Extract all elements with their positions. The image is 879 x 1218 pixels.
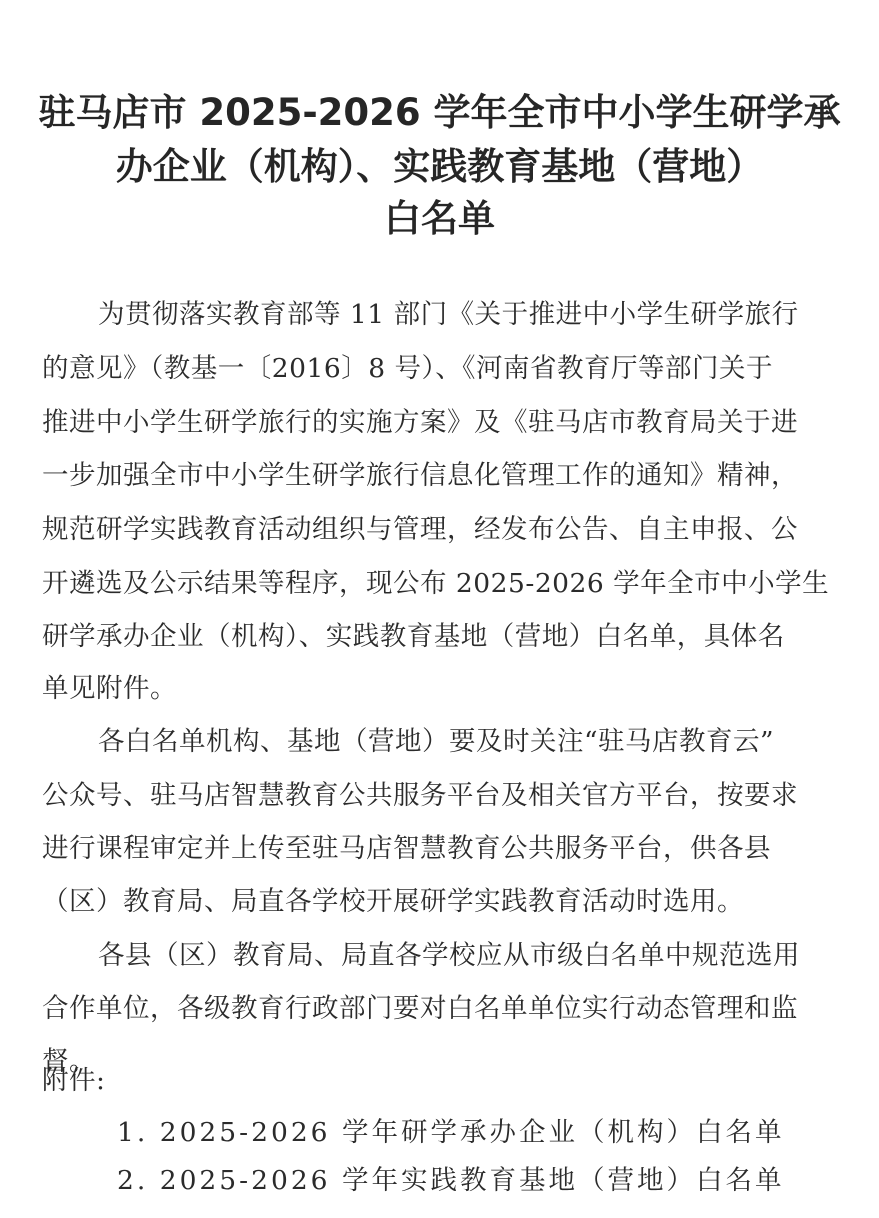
body-line: 各白名单机构、基地（营地）要及时关注“驻马店教育云” xyxy=(98,719,774,758)
body-line: 合作单位，各级教育行政部门要对白名单单位实行动态管理和监 xyxy=(42,986,798,1025)
body-line: 的意见》（教基一〔2016〕8 号）、《河南省教育厅等部门关于 xyxy=(42,346,773,385)
body-line: 进行课程审定并上传至驻马店智慧教育公共服务平台，供各县 xyxy=(42,826,771,865)
body-line: 公众号、驻马店智慧教育公共服务平台及相关官方平台，按要求 xyxy=(42,773,798,812)
title-line-3: 白名单 xyxy=(0,188,879,242)
body-line: 为贯彻落实教育部等 11 部门《关于推进中小学生研学旅行 xyxy=(98,292,799,331)
attachment-item-1: 1. 2025-2026 学年研学承办企业（机构）白名单 xyxy=(117,1110,784,1149)
title-line-2: 办企业（机构）、实践教育基地（营地） xyxy=(0,136,879,190)
body-line: 各县（区）教育局、局直各学校应从市级白名单中规范选用 xyxy=(98,933,800,972)
body-line: 推进中小学生研学旅行的实施方案》及《驻马店市教育局关于进 xyxy=(42,400,798,439)
title-line-1: 驻马店市 2025-2026 学年全市中小学生研学承 xyxy=(0,82,879,136)
body-line: 规范研学实践教育活动组织与管理，经发布公告、自主申报、公 xyxy=(42,507,798,546)
body-line: 一步加强全市中小学生研学旅行信息化管理工作的通知》精神， xyxy=(42,453,798,492)
body-line: 研学承办企业（机构）、实践教育基地（营地）白名单，具体名 xyxy=(42,614,785,653)
body-line: 单见附件。 xyxy=(42,666,177,705)
attachment-label: 附件: xyxy=(42,1058,105,1097)
body-line: （区）教育局、局直各学校开展研学实践教育活动时选用。 xyxy=(42,879,744,918)
attachment-item-2: 2. 2025-2026 学年实践教育基地（营地）白名单 xyxy=(117,1158,784,1197)
body-line: 开遴选及公示结果等程序，现公布 2025-2026 学年全市中小学生 xyxy=(42,561,829,600)
